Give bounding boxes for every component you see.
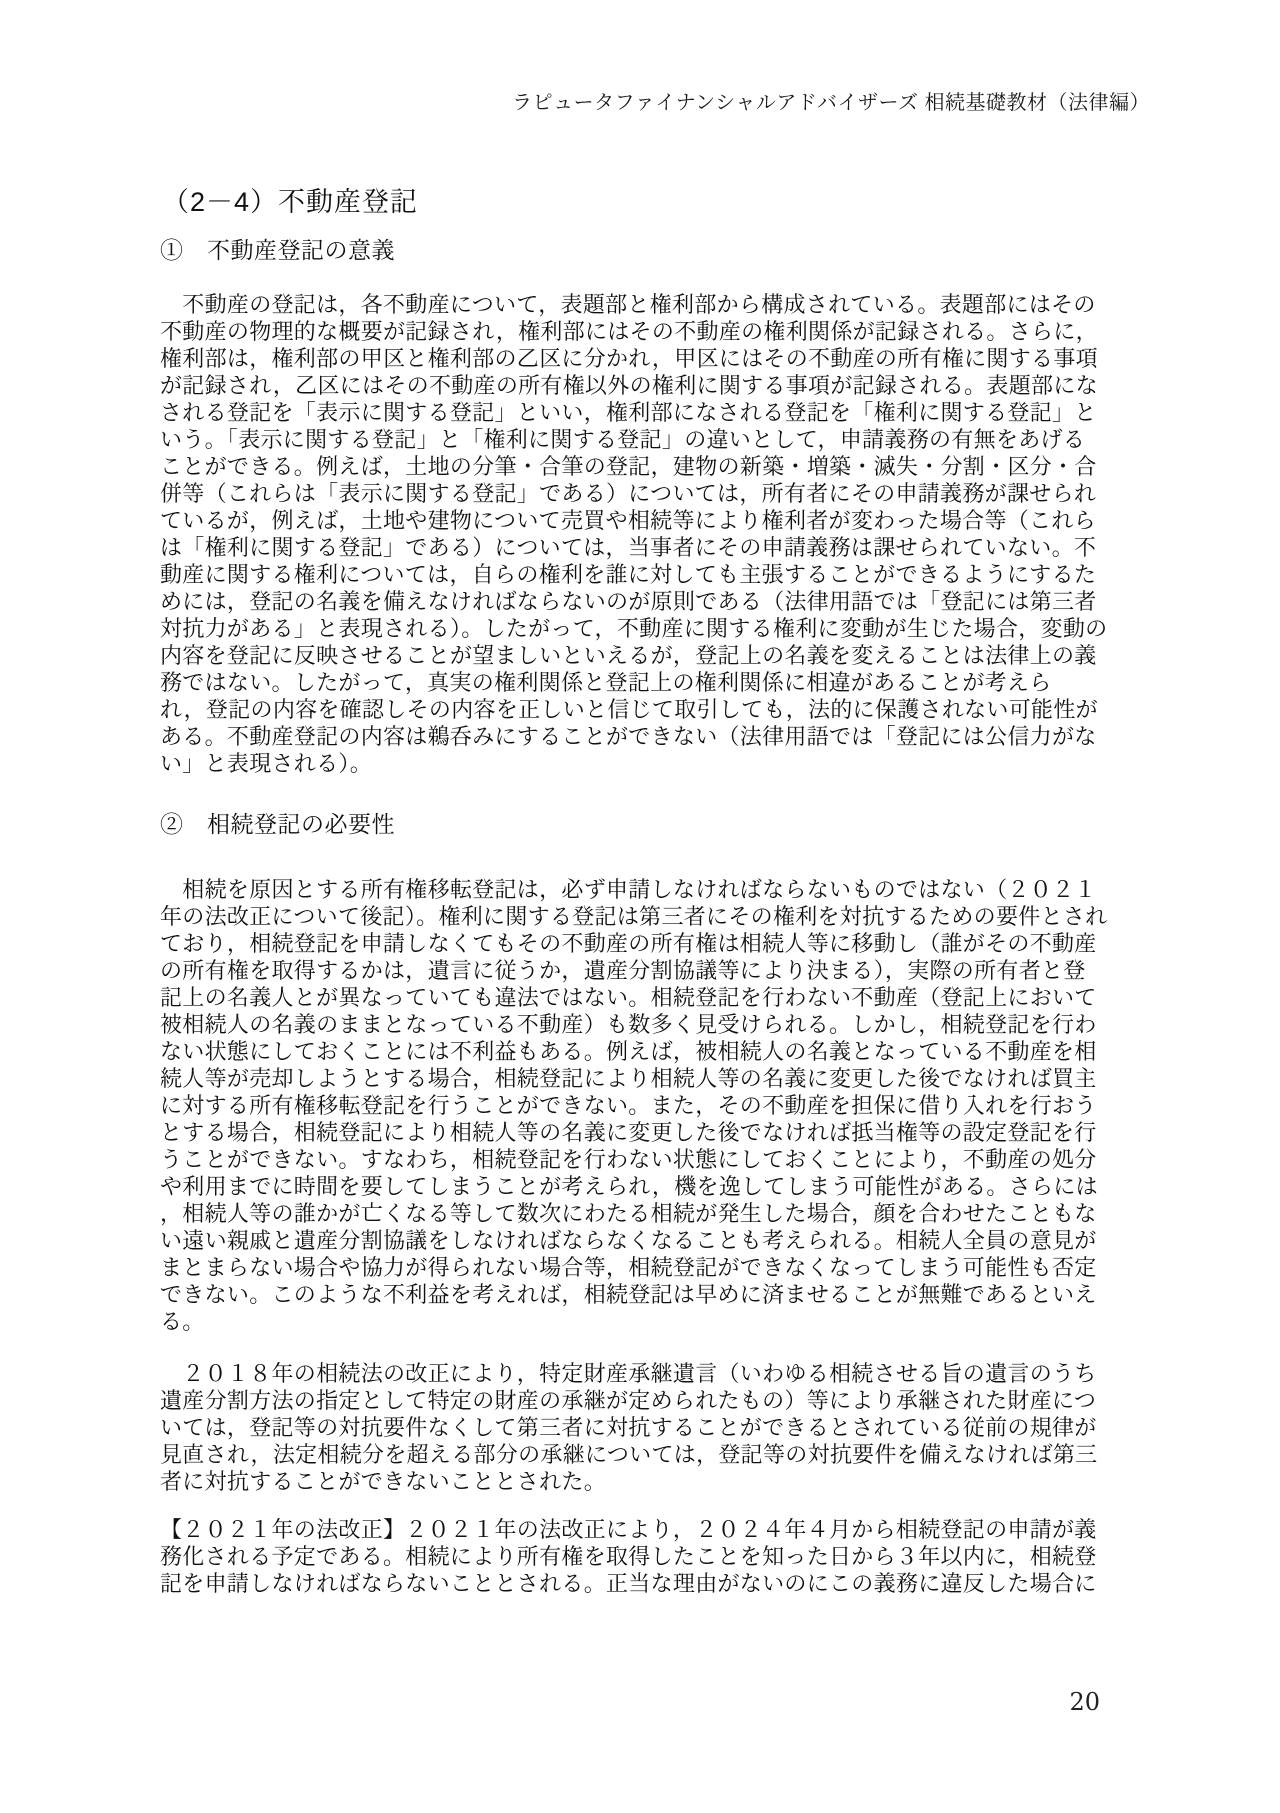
- text-line: 【２０２１年の法改正】２０２１年の法改正により，２０２４年４月から相続登記の申請…: [160, 1516, 1170, 1543]
- text-line: とする場合，相続登記により相続人等の名義に変更した後でなければ抵当権等の設定登記…: [160, 1119, 1170, 1146]
- text-line: いう。「表示に関する登記」と「権利に関する登記」の違いとして，申請義務の有無をあ…: [160, 426, 1170, 453]
- text-line: 年の法改正について後記）。権利に関する登記は第三者にその権利を対抗するための要件…: [160, 903, 1170, 930]
- text-line: ことができる。例えば，土地の分筆・合筆の登記，建物の新築・増築・滅失・分割・区分…: [160, 453, 1170, 480]
- text-line: 併等（これらは「表示に関する登記」である）については，所有者にその申請義務が課せ…: [160, 480, 1170, 507]
- text-line: 被相続人の名義のままとなっている不動産）も数多く見受けられる。しかし，相続登記を…: [160, 1011, 1170, 1038]
- document-page: ラピュータファイナンシャルアドバイザーズ 相続基礎教材（法律編） （2－4）不動…: [0, 0, 1280, 1813]
- page-number: 20: [160, 1688, 1100, 1716]
- text-line: に対する所有権移転登記を行うことができない。また，その不動産を担保に借り入れを行…: [160, 1092, 1170, 1119]
- paragraph-2018-law-revision: ２０１８年の相続法の改正により，特定財産承継遺言（いわゆる相続させる旨の遺言のう…: [160, 1360, 1170, 1495]
- text-line: れ，登記の内容を確認しその内容を正しいと信じて取引しても，法的に保護されない可能…: [160, 696, 1170, 723]
- text-line: や利用までに時間を要してしまうことが考えられ，機を逸してしまう可能性がある。さら…: [160, 1173, 1170, 1200]
- text-line: ある。不動産登記の内容は鵜呑みにすることができない（法律用語では「登記には公信力…: [160, 723, 1170, 750]
- text-line: が記録され，乙区にはその不動産の所有権以外の権利に関する事項が記録される。表題部…: [160, 372, 1170, 399]
- text-line: めには，登記の名義を備えなければならないのが原則である（法律用語では「登記には第…: [160, 588, 1170, 615]
- text-line: 記上の名義人とが異なっていても違法ではない。相続登記を行わない不動産（登記上にお…: [160, 984, 1170, 1011]
- text-line: る。: [160, 1308, 1170, 1335]
- text-line: ２０１８年の相続法の改正により，特定財産承継遺言（いわゆる相続させる旨の遺言のう…: [160, 1360, 1170, 1387]
- text-line: 務化される予定である。相続により所有権を取得したことを知った日から３年以内に，相…: [160, 1543, 1170, 1570]
- paragraph-2021-law-revision: 【２０２１年の法改正】２０２１年の法改正により，２０２４年４月から相続登記の申請…: [160, 1516, 1170, 1597]
- text-line: 見直され，法定相続分を超える部分の承継については，登記等の対抗要件を備えなければ…: [160, 1441, 1170, 1468]
- text-line: うことができない。すなわち，相続登記を行わない状態にしておくことにより，不動産の…: [160, 1146, 1170, 1173]
- text-line: は「権利に関する登記」である）については，当事者にその申請義務は課せられていない…: [160, 534, 1170, 561]
- text-line: 続人等が売却しようとする場合，相続登記により相続人等の名義に変更した後でなければ…: [160, 1065, 1170, 1092]
- text-line: 権利部は，権利部の甲区と権利部の乙区に分かれ，甲区にはその不動産の所有権に関する…: [160, 345, 1170, 372]
- text-line: 不動産の登記は，各不動産について，表題部と権利部から構成されている。表題部にはそ…: [160, 291, 1170, 318]
- text-line: の所有権を取得するかは，遺言に従うか，遺産分割協議等により決まる），実際の所有者…: [160, 957, 1170, 984]
- subsection-heading-1: ① 不動産登記の意義: [160, 232, 395, 265]
- text-line: ，相続人等の誰かが亡くなる等して数次にわたる相続が発生した場合，顔を合わせたこと…: [160, 1200, 1170, 1227]
- subsection-heading-2: ② 相続登記の必要性: [160, 806, 395, 839]
- page-title: （2－4）不動産登記: [162, 180, 418, 219]
- text-line: 記を申請しなければならないこととされる。正当な理由がないのにこの義務に違反した場…: [160, 1570, 1170, 1597]
- text-line: い遠い親戚と遺産分割協議をしなければならなくなることも考えられる。相続人全員の意…: [160, 1227, 1170, 1254]
- text-line: 遺産分割方法の指定として特定の財産の承継が定められたもの）等により承継された財産…: [160, 1387, 1170, 1414]
- text-line: 相続を原因とする所有権移転登記は，必ず申請しなければならないものではない（２０２…: [160, 876, 1170, 903]
- text-line: 不動産の物理的な概要が記録され，権利部にはその不動産の権利関係が記録される。さら…: [160, 318, 1170, 345]
- paragraph-inheritance-registration-necessity: 相続を原因とする所有権移転登記は，必ず申請しなければならないものではない（２０２…: [160, 876, 1170, 1335]
- text-line: 内容を登記に反映させることが望ましいといえるが，登記上の名義を変えることは法律上…: [160, 642, 1170, 669]
- text-line: 務ではない。したがって，真実の権利関係と登記上の権利関係に相違があることが考えら: [160, 669, 1170, 696]
- text-line: 対抗力がある」と表現される）。したがって，不動産に関する権利に変動が生じた場合，…: [160, 615, 1170, 642]
- document-header: ラピュータファイナンシャルアドバイザーズ 相続基礎教材（法律編）: [160, 86, 1150, 115]
- text-line: まとまらない場合や協力が得られない場合等，相続登記ができなくなってしまう可能性も…: [160, 1254, 1170, 1281]
- text-line: できない。このような不利益を考えれば，相続登記は早めに済ませることが無難であると…: [160, 1281, 1170, 1308]
- text-line: 動産に関する権利については，自らの権利を誰に対しても主張することができるようにす…: [160, 561, 1170, 588]
- text-line: される登記を「表示に関する登記」といい，権利部になされる登記を「権利に関する登記…: [160, 399, 1170, 426]
- text-line: ているが，例えば，土地や建物について売買や相続等により権利者が変わった場合等（こ…: [160, 507, 1170, 534]
- text-line: ており，相続登記を申請しなくてもその不動産の所有権は相続人等に移動し（誰がその不…: [160, 930, 1170, 957]
- text-line: 者に対抗することができないこととされた。: [160, 1468, 1170, 1495]
- text-line: い」と表現される）。: [160, 750, 1170, 777]
- paragraph-real-estate-registration-meaning: 不動産の登記は，各不動産について，表題部と権利部から構成されている。表題部にはそ…: [160, 291, 1170, 777]
- text-line: ない状態にしておくことには不利益もある。例えば，被相続人の名義となっている不動産…: [160, 1038, 1170, 1065]
- text-line: いては，登記等の対抗要件なくして第三者に対抗することができるとされている従前の規…: [160, 1414, 1170, 1441]
